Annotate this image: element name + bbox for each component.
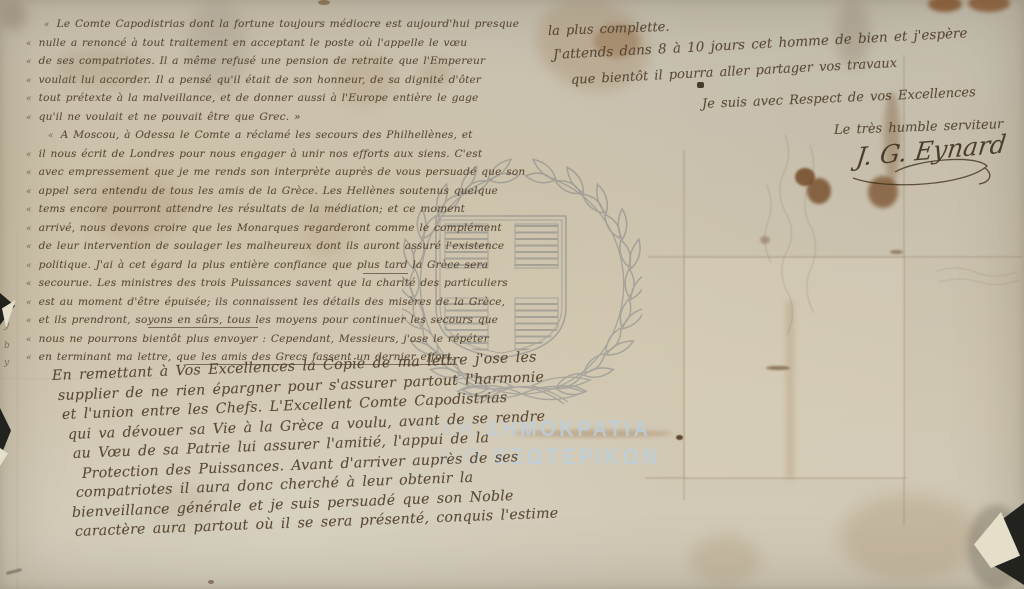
letter-line: «voulait lui accorder. Il a pensé qu'il … xyxy=(26,74,481,86)
line-text: qu'il ne voulait et ne pouvait être que … xyxy=(39,111,301,123)
margin-mark: b xyxy=(4,341,10,351)
stain xyxy=(208,580,214,584)
stain xyxy=(690,535,760,585)
quote-mark: « xyxy=(26,76,32,86)
line-text: A Moscou, à Odessa le Comte a réclamé le… xyxy=(61,129,473,141)
line-text: tems encore pourront attendre les résult… xyxy=(39,203,465,215)
salutation-line: Je suis avec Respect de vos Excellences xyxy=(702,85,976,112)
letter-line: «avec empressement que je me rends son i… xyxy=(26,166,525,178)
letter-line: «tems encore pourront attendre les résul… xyxy=(26,203,465,215)
underline-stroke xyxy=(363,273,408,274)
letter-line: «et ils prendront, soyons en sûrs, tous … xyxy=(26,314,498,326)
quote-mark: « xyxy=(26,279,32,289)
quote-mark: « xyxy=(26,205,32,215)
letter-line: «de ses compatriotes. Il a même refusé u… xyxy=(26,55,485,67)
letter-line: «il nous écrit de Londres pour nous enga… xyxy=(26,148,482,160)
stain xyxy=(0,0,26,30)
quote-mark: « xyxy=(26,298,32,308)
letter-line: «de leur intervention de soulager les ma… xyxy=(26,240,504,252)
stain xyxy=(766,366,790,370)
letter-line: «appel sera entendu de tous les amis de … xyxy=(26,185,498,197)
letter-line: que bientôt il pourra aller partager vos… xyxy=(571,56,898,88)
letter-line: «Le Comte Capodistrias dont la fortune t… xyxy=(44,18,519,30)
line-text: de ses compatriotes. Il a même refusé un… xyxy=(39,55,486,67)
fold-crease xyxy=(683,150,685,500)
line-text: est au moment d'être épuisée; ils connai… xyxy=(39,296,506,308)
corner-shadow xyxy=(968,505,1024,589)
letter-line: la plus complette. xyxy=(548,20,670,39)
ink-blot xyxy=(697,82,704,88)
fold-panel xyxy=(684,257,905,479)
pencil-mark xyxy=(6,568,22,575)
line-text: et ils prendront, soyons en sûrs, tous l… xyxy=(39,314,498,326)
letter-line: «A Moscou, à Odessa le Comte a réclamé l… xyxy=(48,129,473,141)
quote-mark: « xyxy=(26,113,32,123)
quote-mark: « xyxy=(26,187,32,197)
line-text: secourue. Les ministres des trois Puissa… xyxy=(39,277,508,289)
quote-mark: « xyxy=(26,39,32,49)
manuscript-letter-scan: ΝΙΚΗ ΔΗΜΟΚΡΑΤΙΑ ΓΕΙΟ ΕΞΩΤΕΡΙΚΩΝ «Le Comt… xyxy=(0,0,1024,589)
margin-mark: p xyxy=(4,303,10,313)
line-text: avec empressement que je me rends son in… xyxy=(39,166,526,178)
quote-mark: « xyxy=(26,94,32,104)
stain xyxy=(968,0,1010,12)
torn-corner xyxy=(993,503,1024,585)
quote-mark: « xyxy=(44,20,50,30)
quote-mark: « xyxy=(26,150,32,160)
line-text: arrivé, nous devons croire que les Monar… xyxy=(39,222,502,234)
bleed-through-writing xyxy=(755,125,855,355)
quote-mark: « xyxy=(26,57,32,67)
stain xyxy=(807,178,831,204)
quote-mark: « xyxy=(26,242,32,252)
quote-mark: « xyxy=(26,353,32,363)
torn-edge-notch xyxy=(0,408,11,458)
letter-line: «qu'il ne voulait et ne pouvait être que… xyxy=(26,111,301,123)
letter-line: «nulle a renoncé à tout traitement en ac… xyxy=(26,37,467,49)
stain xyxy=(795,168,815,186)
line-text: politique. J'ai à cet égard la plus enti… xyxy=(39,259,489,271)
quote-mark: « xyxy=(26,168,32,178)
underline-stroke xyxy=(148,327,258,328)
stain xyxy=(890,250,903,254)
stain xyxy=(786,300,794,480)
ink-dot xyxy=(676,435,683,440)
line-text: nous ne pourrons bientôt plus envoyer : … xyxy=(39,333,489,345)
stain xyxy=(928,0,962,12)
letter-line: «arrivé, nous devons croire que les Mona… xyxy=(26,222,502,234)
folded-corner xyxy=(970,512,1020,568)
line-text: la plus complette. xyxy=(548,20,670,39)
margin-mark: y xyxy=(4,358,9,368)
quote-mark: « xyxy=(26,316,32,326)
margin-mark: y xyxy=(4,321,9,331)
page-edge-crease xyxy=(17,230,18,589)
letter-line: «tout prétexte à la malveillance, et de … xyxy=(26,92,478,104)
fold-crease xyxy=(645,477,907,479)
letter-line: «politique. J'ai à cet égard la plus ent… xyxy=(26,259,488,271)
line-text: Le Comte Capodistrias dont la fortune to… xyxy=(57,18,519,30)
quote-mark: « xyxy=(26,224,32,234)
quote-mark: « xyxy=(26,335,32,345)
line-text: Je suis avec Respect de vos Excellences xyxy=(702,85,976,112)
paper-sliver xyxy=(0,448,10,466)
quote-mark: « xyxy=(48,131,54,141)
line-text: appel sera entendu de tous les amis de l… xyxy=(39,185,498,197)
line-text: que bientôt il pourra aller partager vos… xyxy=(571,56,898,88)
fold-crease xyxy=(648,256,1022,258)
line-text: il nous écrit de Londres pour nous engag… xyxy=(39,148,483,160)
stain xyxy=(840,495,980,580)
line-text: nulle a renoncé à tout traitement en acc… xyxy=(39,37,468,49)
stain xyxy=(760,236,770,244)
letter-line: «secourue. Les ministres des trois Puiss… xyxy=(26,277,508,289)
quote-mark: « xyxy=(26,261,32,271)
paper-wrinkle xyxy=(935,262,1020,292)
signature-flourish xyxy=(845,150,995,190)
letter-line: «nous ne pourrons bientôt plus envoyer :… xyxy=(26,333,489,345)
line-text: de leur intervention de soulager les mal… xyxy=(39,240,505,252)
line-text: tout prétexte à la malveillance, et de d… xyxy=(39,92,479,104)
stain xyxy=(318,0,330,5)
letter-line: «est au moment d'être épuisée; ils conna… xyxy=(26,296,505,308)
line-text: voulait lui accorder. Il a pensé qu'il é… xyxy=(39,74,481,86)
